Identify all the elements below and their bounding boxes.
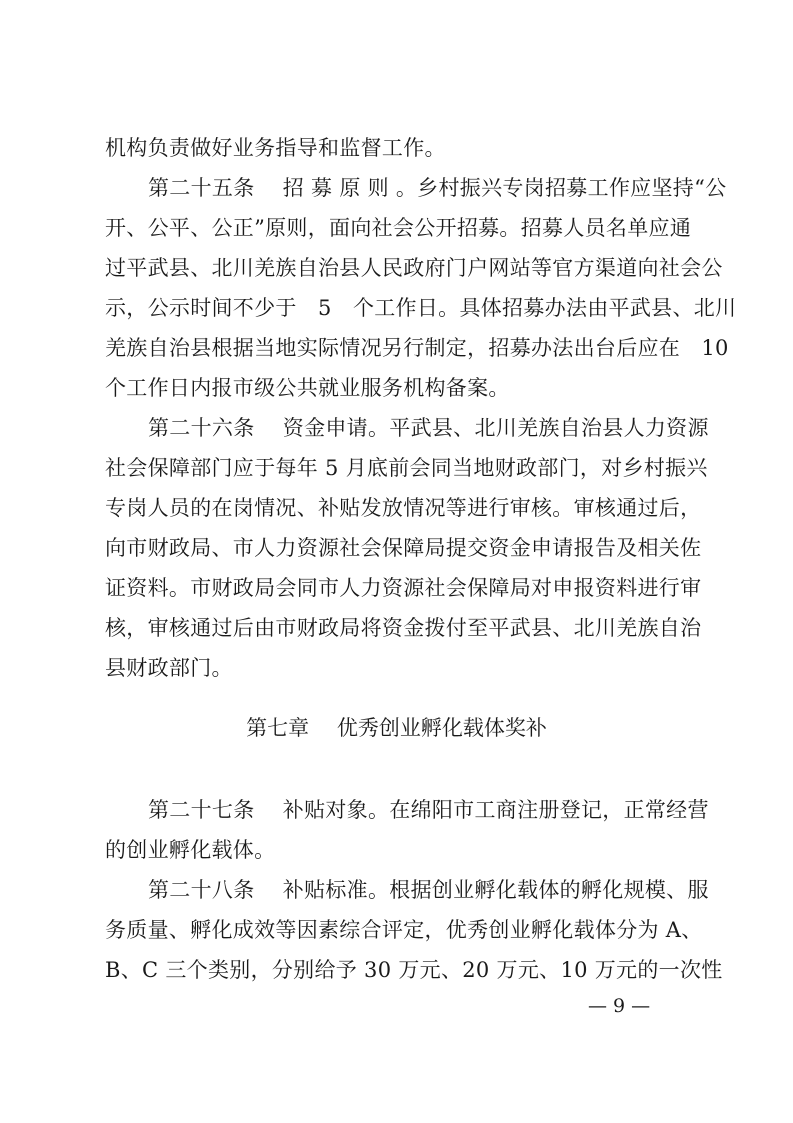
article-27-line: 第二十七条 补贴对象。在绵阳市工商注册登记，正常经营	[148, 796, 738, 824]
paragraph-line: B、C 三个类别，分别给予 30 万元、20 万元、10 万元的一次性	[105, 956, 695, 984]
paragraph-line: 向市财政局、市人力资源社会保障局提交资金申请报告及相关佐	[105, 534, 695, 562]
paragraph-line: 示，公示时间不少于 5 个工作日。具体招募办法由平武县、北川	[105, 294, 695, 322]
paragraph-line: 的创业孵化载体。	[105, 836, 695, 864]
page-number: — 9 —	[588, 993, 650, 1019]
paragraph-line: 社会保障部门应于每年 5 月底前会同当地财政部门，对乡村振兴	[105, 454, 695, 482]
paragraph-line: 过平武县、北川羌族自治县人民政府门户网站等官方渠道向社会公	[105, 254, 695, 282]
paragraph-line: 开、公平、公正”原则，面向社会公开招募。招募人员名单应通	[105, 214, 695, 242]
paragraph-line: 证资料。市财政局会同市人力资源社会保障局对申报资料进行审	[105, 574, 695, 602]
article-26-line: 第二十六条 资金申请。平武县、北川羌族自治县人力资源	[148, 414, 738, 442]
paragraph-line: 核，审核通过后由市财政局将资金拨付至平武县、北川羌族自治	[105, 614, 695, 642]
paragraph-line: 专岗人员的在岗情况、补贴发放情况等进行审核。审核通过后，	[105, 494, 695, 522]
article-28-line: 第二十八条 补贴标准。根据创业孵化载体的孵化规模、服	[148, 876, 738, 904]
paragraph-line: 个工作日内报市级公共就业服务机构备案。	[105, 374, 695, 402]
chapter-heading: 第七章 优秀创业孵化载体奖补	[0, 714, 793, 742]
paragraph-line: 机构负责做好业务指导和监督工作。	[105, 134, 695, 162]
paragraph-line: 务质量、孵化成效等因素综合评定，优秀创业孵化载体分为 A、	[105, 916, 695, 944]
paragraph-line: 羌族自治县根据当地实际情况另行制定，招募办法出台后应在 10	[105, 334, 695, 362]
paragraph-line: 县财政部门。	[105, 654, 695, 682]
article-25-line: 第二十五条 招 募 原 则 。乡村振兴专岗招募工作应坚持“公	[148, 174, 738, 202]
